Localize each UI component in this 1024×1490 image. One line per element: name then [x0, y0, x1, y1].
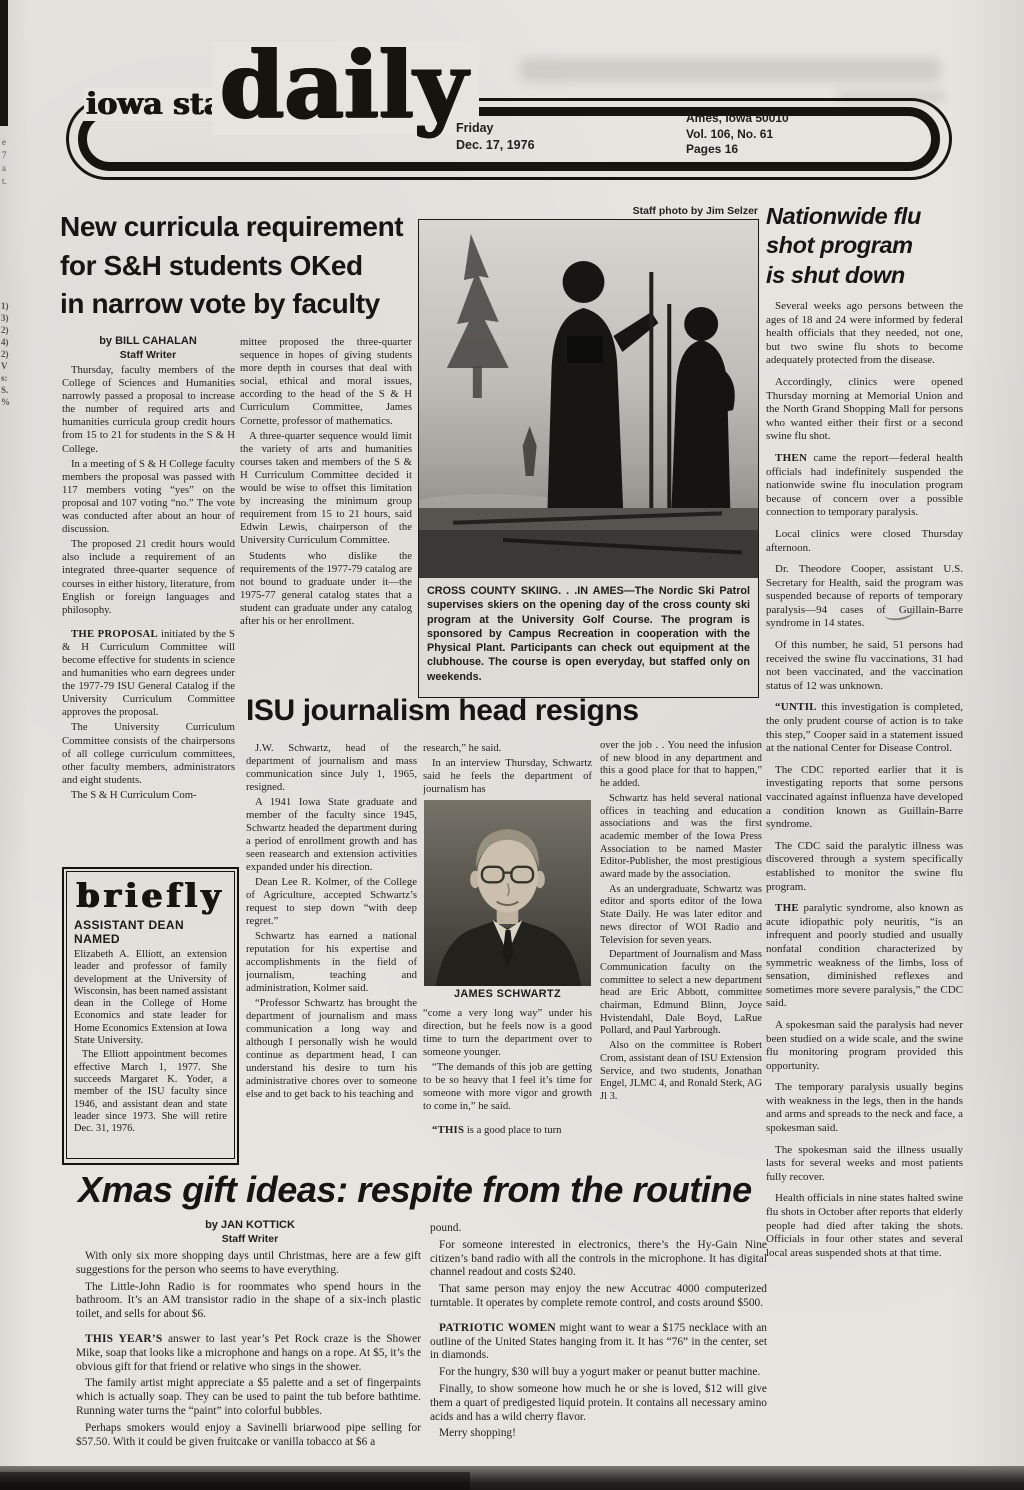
paragraph: “The demands of this job are getting to …	[423, 1061, 592, 1113]
paragraph: “UNTIL this investigation is completed, …	[766, 701, 963, 755]
ski-photo-credit: Staff photo by Jim Selzer	[430, 205, 758, 217]
paragraph: Several weeks ago persons between the ag…	[766, 300, 963, 368]
masthead-info-block: Ames, Iowa 50010 Vol. 106, No. 61 Pages …	[686, 111, 789, 158]
paragraph: Thursday, faculty members of the College…	[62, 364, 235, 456]
masthead-date-block: Friday Dec. 17, 1976	[456, 120, 535, 154]
paragraph: With only six more shopping days until C…	[76, 1250, 421, 1278]
paragraph: THIS YEAR’S answer to last year’s Pet Ro…	[76, 1333, 421, 1374]
journalism-column-1: J.W. Schwartz, head of the department of…	[246, 742, 417, 1166]
masthead-logo-daily: daily	[212, 42, 479, 135]
briefly-body: Elizabeth A. Elliott, an extension leade…	[74, 949, 227, 1135]
paragraph: Also on the committee is Robert Crom, as…	[600, 1040, 762, 1104]
paragraph: THE PROPOSAL initiated by the S & H Curr…	[62, 628, 235, 720]
journalism-headline: ISU journalism head resigns	[246, 694, 776, 727]
paragraph: pound.	[430, 1222, 767, 1236]
paragraph: “THIS is a good place to turn	[423, 1124, 592, 1137]
paragraph: The University Curriculum Committee cons…	[62, 721, 235, 786]
cross-country-skiers-photo	[419, 220, 758, 578]
paragraph: The Elliott appointment becomes effectiv…	[74, 1049, 227, 1135]
briefly-subhead: ASSISTANT DEAN NAMED	[74, 918, 227, 946]
paragraph: Schwartz has held several national offic…	[600, 793, 762, 882]
paragraph: In an interview Thursday, Schwartz said …	[423, 757, 592, 796]
xmas-column-1: With only six more shopping days until C…	[76, 1250, 421, 1466]
paragraph: mittee proposed the three-quarter sequen…	[240, 336, 412, 428]
byline-role: Staff Writer	[62, 348, 234, 362]
masthead-volume: Vol. 106, No. 61	[686, 127, 789, 143]
paragraph: Local clinics were closed Thursday after…	[766, 528, 963, 555]
paragraph: Department of Journalism and Mass Commun…	[600, 949, 762, 1038]
paragraph: The CDC said the paralytic illness was d…	[766, 840, 963, 894]
paragraph: For the hungry, $30 will buy a yogurt ma…	[430, 1366, 767, 1380]
briefly-box: briefly ASSISTANT DEAN NAMED Elizabeth A…	[62, 867, 239, 1165]
paragraph: PATRIOTIC WOMEN might want to wear a $17…	[430, 1322, 767, 1363]
margin-marks-top: e 7 a t.	[2, 136, 7, 188]
left-edge-scan-artifact	[0, 0, 8, 126]
paragraph: Students who dislike the requirements of…	[240, 550, 412, 629]
curricula-byline: by BILL CAHALAN Staff Writer	[62, 334, 234, 362]
paragraph: The Little-John Radio is for roommates w…	[76, 1281, 421, 1322]
journalism-column-3: over the job . . You need the infusion o…	[600, 740, 762, 1166]
paragraph: Elizabeth A. Elliott, an extension leade…	[74, 949, 227, 1047]
masthead-day: Friday	[456, 120, 535, 137]
paragraph: Of this number, he said, 51 persons had …	[766, 639, 963, 693]
paragraph: As an undergraduate, Schwartz was editor…	[600, 884, 762, 948]
paragraph: Accordingly, clinics were opened Thursda…	[766, 376, 963, 444]
masthead-pages: Pages 16	[686, 142, 789, 158]
paragraph: A three-quarter sequence would limit the…	[240, 430, 412, 548]
masthead-date: Dec. 17, 1976	[456, 137, 535, 154]
curricula-column-2: mittee proposed the three-quarter sequen…	[240, 336, 412, 708]
xmas-headline: Xmas gift ideas: respite from the routin…	[78, 1170, 778, 1210]
paragraph: Merry shopping!	[430, 1427, 767, 1441]
paragraph: The CDC reported earlier that it is inve…	[766, 764, 963, 832]
ink-bleed-artifact	[520, 58, 940, 82]
newspaper-page: e 7 a t. 1) 3) 2) 4) 2) V s: S. % the io…	[0, 0, 1024, 1490]
paragraph: The spokesman said the illness usually l…	[766, 1144, 963, 1185]
paragraph: The S & H Curriculum Com-	[62, 789, 235, 802]
masthead-city: Ames, Iowa 50010	[686, 111, 789, 127]
curricula-column-1: Thursday, faculty members of the College…	[62, 364, 235, 864]
paragraph: over the job . . You need the infusion o…	[600, 740, 762, 791]
byline-author: by BILL CAHALAN	[62, 334, 234, 348]
bottom-scan-shadow-dark	[0, 1472, 470, 1490]
paragraph: Dr. Theodore Cooper, assistant U.S. Secr…	[766, 563, 963, 631]
journalism-column-2: research,” he said. In an interview Thur…	[423, 742, 592, 1172]
paragraph: Schwartz has earned a national reputatio…	[246, 930, 417, 995]
paragraph: A 1941 Iowa State graduate and member of…	[246, 796, 417, 874]
xmas-byline: by JAN KOTTICK Staff Writer	[80, 1218, 420, 1246]
byline-author: by JAN KOTTICK	[80, 1218, 420, 1232]
paragraph: Perhaps smokers would enjoy a Savinelli …	[76, 1422, 421, 1450]
flu-headline: Nationwide flu shot program is shut down	[766, 202, 971, 290]
briefly-inner: briefly ASSISTANT DEAN NAMED Elizabeth A…	[66, 871, 235, 1159]
ski-photo-caption: CROSS COUNTY SKIING. . .IN AMES—The Nord…	[419, 578, 758, 684]
flu-column: Several weeks ago persons between the ag…	[766, 300, 963, 1462]
paragraph: THE paralytic syndrome, also known as ac…	[766, 902, 963, 1011]
paragraph: That same person may enjoy the new Accut…	[430, 1283, 767, 1311]
paragraph: Health officials in nine states halted s…	[766, 1192, 963, 1260]
paragraph: “come a very long way” under his directi…	[423, 1007, 592, 1059]
paragraph: research,” he said.	[423, 742, 592, 755]
paragraph: Dean Lee R. Kolmer, of the College of Ag…	[246, 876, 417, 928]
curricula-headline: New curricula requirement for S&H studen…	[60, 208, 432, 324]
paragraph: In a meeting of S & H College faculty me…	[62, 458, 235, 537]
paragraph: The family artist might appreciate a $5 …	[76, 1377, 421, 1418]
portrait-caption: JAMES SCHWARTZ	[423, 988, 592, 1001]
briefly-title: briefly	[74, 876, 227, 916]
margin-marks-mid: 1) 3) 2) 4) 2) V s: S. %	[1, 300, 10, 408]
paragraph: J.W. Schwartz, head of the department of…	[246, 742, 417, 794]
paragraph: Finally, to show someone how much he or …	[430, 1383, 767, 1424]
paragraph: A spokesman said the paralysis had never…	[766, 1019, 963, 1073]
paragraph: THEN came the report—federal health offi…	[766, 452, 963, 520]
paragraph: For someone interested in electronics, t…	[430, 1239, 767, 1280]
ski-photo-block: CROSS COUNTY SKIING. . .IN AMES—The Nord…	[418, 219, 759, 698]
paragraph: The temporary paralysis usually begins w…	[766, 1081, 963, 1135]
paragraph: “Professor Schwartz has brought the depa…	[246, 997, 417, 1101]
byline-role: Staff Writer	[80, 1232, 420, 1246]
paragraph: The proposed 21 credit hours would also …	[62, 538, 235, 617]
james-schwartz-photo	[424, 800, 591, 986]
xmas-column-2: pound. For someone interested in electro…	[430, 1222, 767, 1468]
